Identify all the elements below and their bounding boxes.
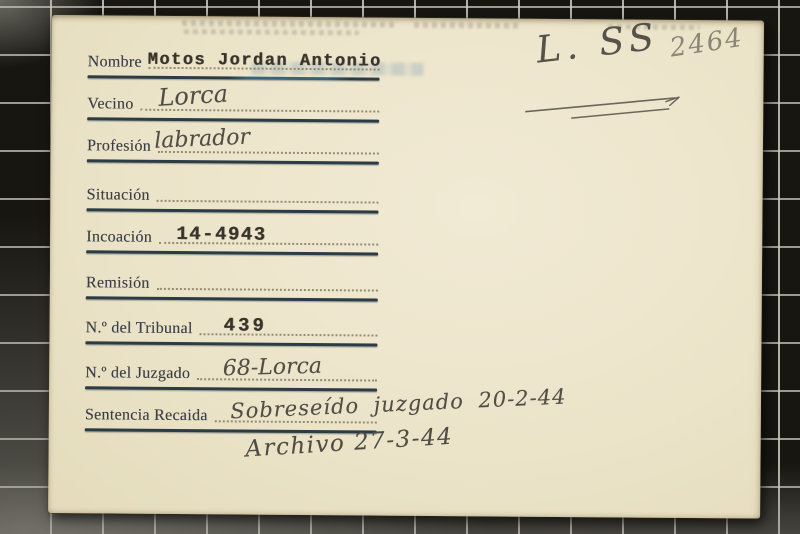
rule-line xyxy=(87,159,379,164)
field-value: 14-4943 xyxy=(176,223,266,246)
rule-line xyxy=(85,386,377,391)
field-row-incoacion: Incoación 14-4943 xyxy=(86,220,378,248)
field-row-vecino: Vecino Lorca xyxy=(87,87,379,115)
field-row-nombre: Nombre Motos Jordan Antonio xyxy=(88,45,380,73)
field-value: Lorca xyxy=(158,80,229,112)
field-row-juzgado: N.º del Juzgado 68-Lorca xyxy=(85,356,377,384)
rule-line xyxy=(88,75,380,80)
bleed-through-smudge xyxy=(184,29,359,35)
dotted-leader-line xyxy=(157,288,378,292)
field-row-sentencia: Sentencia Recaida Sobreseído juzgado 20-… xyxy=(85,398,377,426)
field-value: Motos Jordan Antonio xyxy=(148,51,382,72)
bleed-through-smudge xyxy=(414,22,522,29)
field-value: labrador xyxy=(154,125,251,154)
index-card: Nombre Motos Jordan Antonio Vecino Lorca… xyxy=(48,15,764,519)
pencil-initials: L. SS xyxy=(534,15,661,72)
rule-line xyxy=(86,250,378,255)
field-label: Nombre xyxy=(88,53,149,71)
rule-line xyxy=(87,117,379,122)
field-row-situacion: Situación xyxy=(87,178,379,206)
field-value: 68-Lorca xyxy=(222,354,322,382)
field-row-profesion: Profesión labrador xyxy=(87,129,379,157)
rule-line xyxy=(86,208,378,213)
field-label: N.º del Tribunal xyxy=(85,319,199,338)
field-label: Remisión xyxy=(86,274,157,293)
rule-line xyxy=(86,296,378,301)
dotted-leader-line xyxy=(157,200,379,204)
field-label: Vecino xyxy=(87,95,140,113)
pencil-flourish-strokes xyxy=(519,85,711,127)
field-label: Incoación xyxy=(86,228,159,247)
field-value: 439 xyxy=(223,314,266,336)
bleed-through-smudge xyxy=(182,20,397,28)
field-label: Sentencia Recaida xyxy=(85,406,215,425)
field-row-tribunal: N.º del Tribunal 439 xyxy=(85,311,377,339)
field-label: Situación xyxy=(87,186,157,205)
scanned-document: Nombre Motos Jordan Antonio Vecino Lorca… xyxy=(0,0,800,534)
field-row-remision: Remisión xyxy=(86,266,378,294)
field-label: Profesión xyxy=(87,137,158,156)
field-label: N.º del Juzgado xyxy=(85,364,197,383)
rule-line xyxy=(85,341,377,346)
